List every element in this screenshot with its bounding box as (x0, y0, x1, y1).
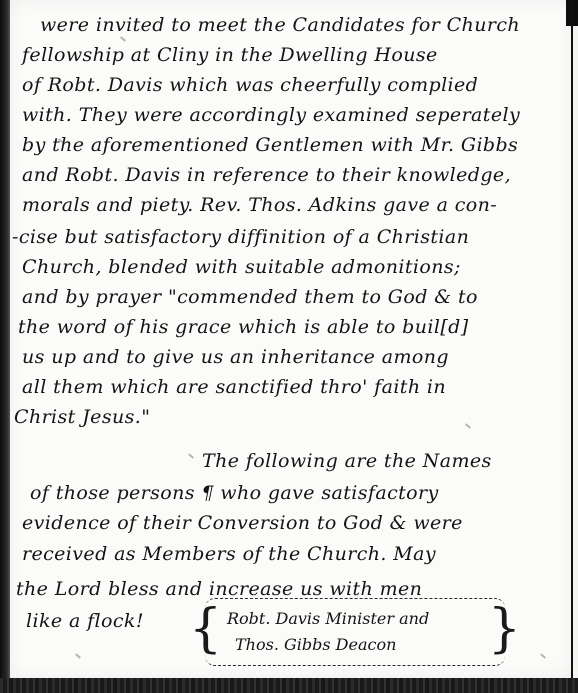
manuscript-line: with. They were accordingly examined sep… (22, 104, 520, 126)
scan-right-margin (573, 0, 578, 693)
manuscript-line: and Robt. Davis in reference to their kn… (22, 164, 511, 186)
manuscript-line: Christ Jesus." (14, 406, 150, 428)
manuscript-heading-line: The following are the Names (202, 450, 492, 472)
manuscript-page (10, 0, 572, 678)
manuscript-line: by the aforementioned Gentlemen with Mr.… (22, 134, 518, 156)
manuscript-line: all them which are sanctified thro' fait… (22, 376, 446, 398)
scanned-manuscript: were invited to meet the Candidates for … (0, 0, 578, 693)
scan-bottom-border (0, 678, 578, 693)
brace-left-icon: { (189, 603, 222, 655)
manuscript-line: us up and to give us an inheritance amon… (22, 346, 449, 368)
manuscript-line: like a flock! (26, 610, 144, 632)
signature-minister: Robt. Davis Minister and (227, 609, 429, 628)
scan-left-border (0, 0, 10, 693)
manuscript-line: the Lord bless and increase us with men (16, 578, 422, 600)
signature-block: { } Robt. Davis Minister and Thos. Gibbs… (205, 598, 505, 666)
manuscript-line: of those persons ¶ who gave satisfactory (30, 482, 439, 504)
manuscript-line: evidence of their Conversion to God & we… (22, 512, 463, 534)
manuscript-line: morals and piety. Rev. Thos. Adkins gave… (22, 194, 497, 216)
manuscript-line: fellowship at Cliny in the Dwelling Hous… (22, 44, 438, 66)
manuscript-line: were invited to meet the Candidates for … (40, 14, 520, 36)
manuscript-line: of Robt. Davis which was cheerfully comp… (22, 74, 478, 96)
signature-deacon: Thos. Gibbs Deacon (235, 635, 396, 654)
scan-right-rule (571, 0, 573, 693)
manuscript-line: Church, blended with suitable admonition… (22, 256, 461, 278)
manuscript-line: received as Members of the Church. May (22, 543, 436, 565)
brace-right-icon: } (488, 603, 521, 655)
manuscript-line: -cise but satisfactory diffinition of a … (12, 226, 469, 248)
manuscript-line: and by prayer "commended them to God & t… (22, 286, 478, 308)
manuscript-line: the word of his grace which is able to b… (18, 316, 469, 338)
